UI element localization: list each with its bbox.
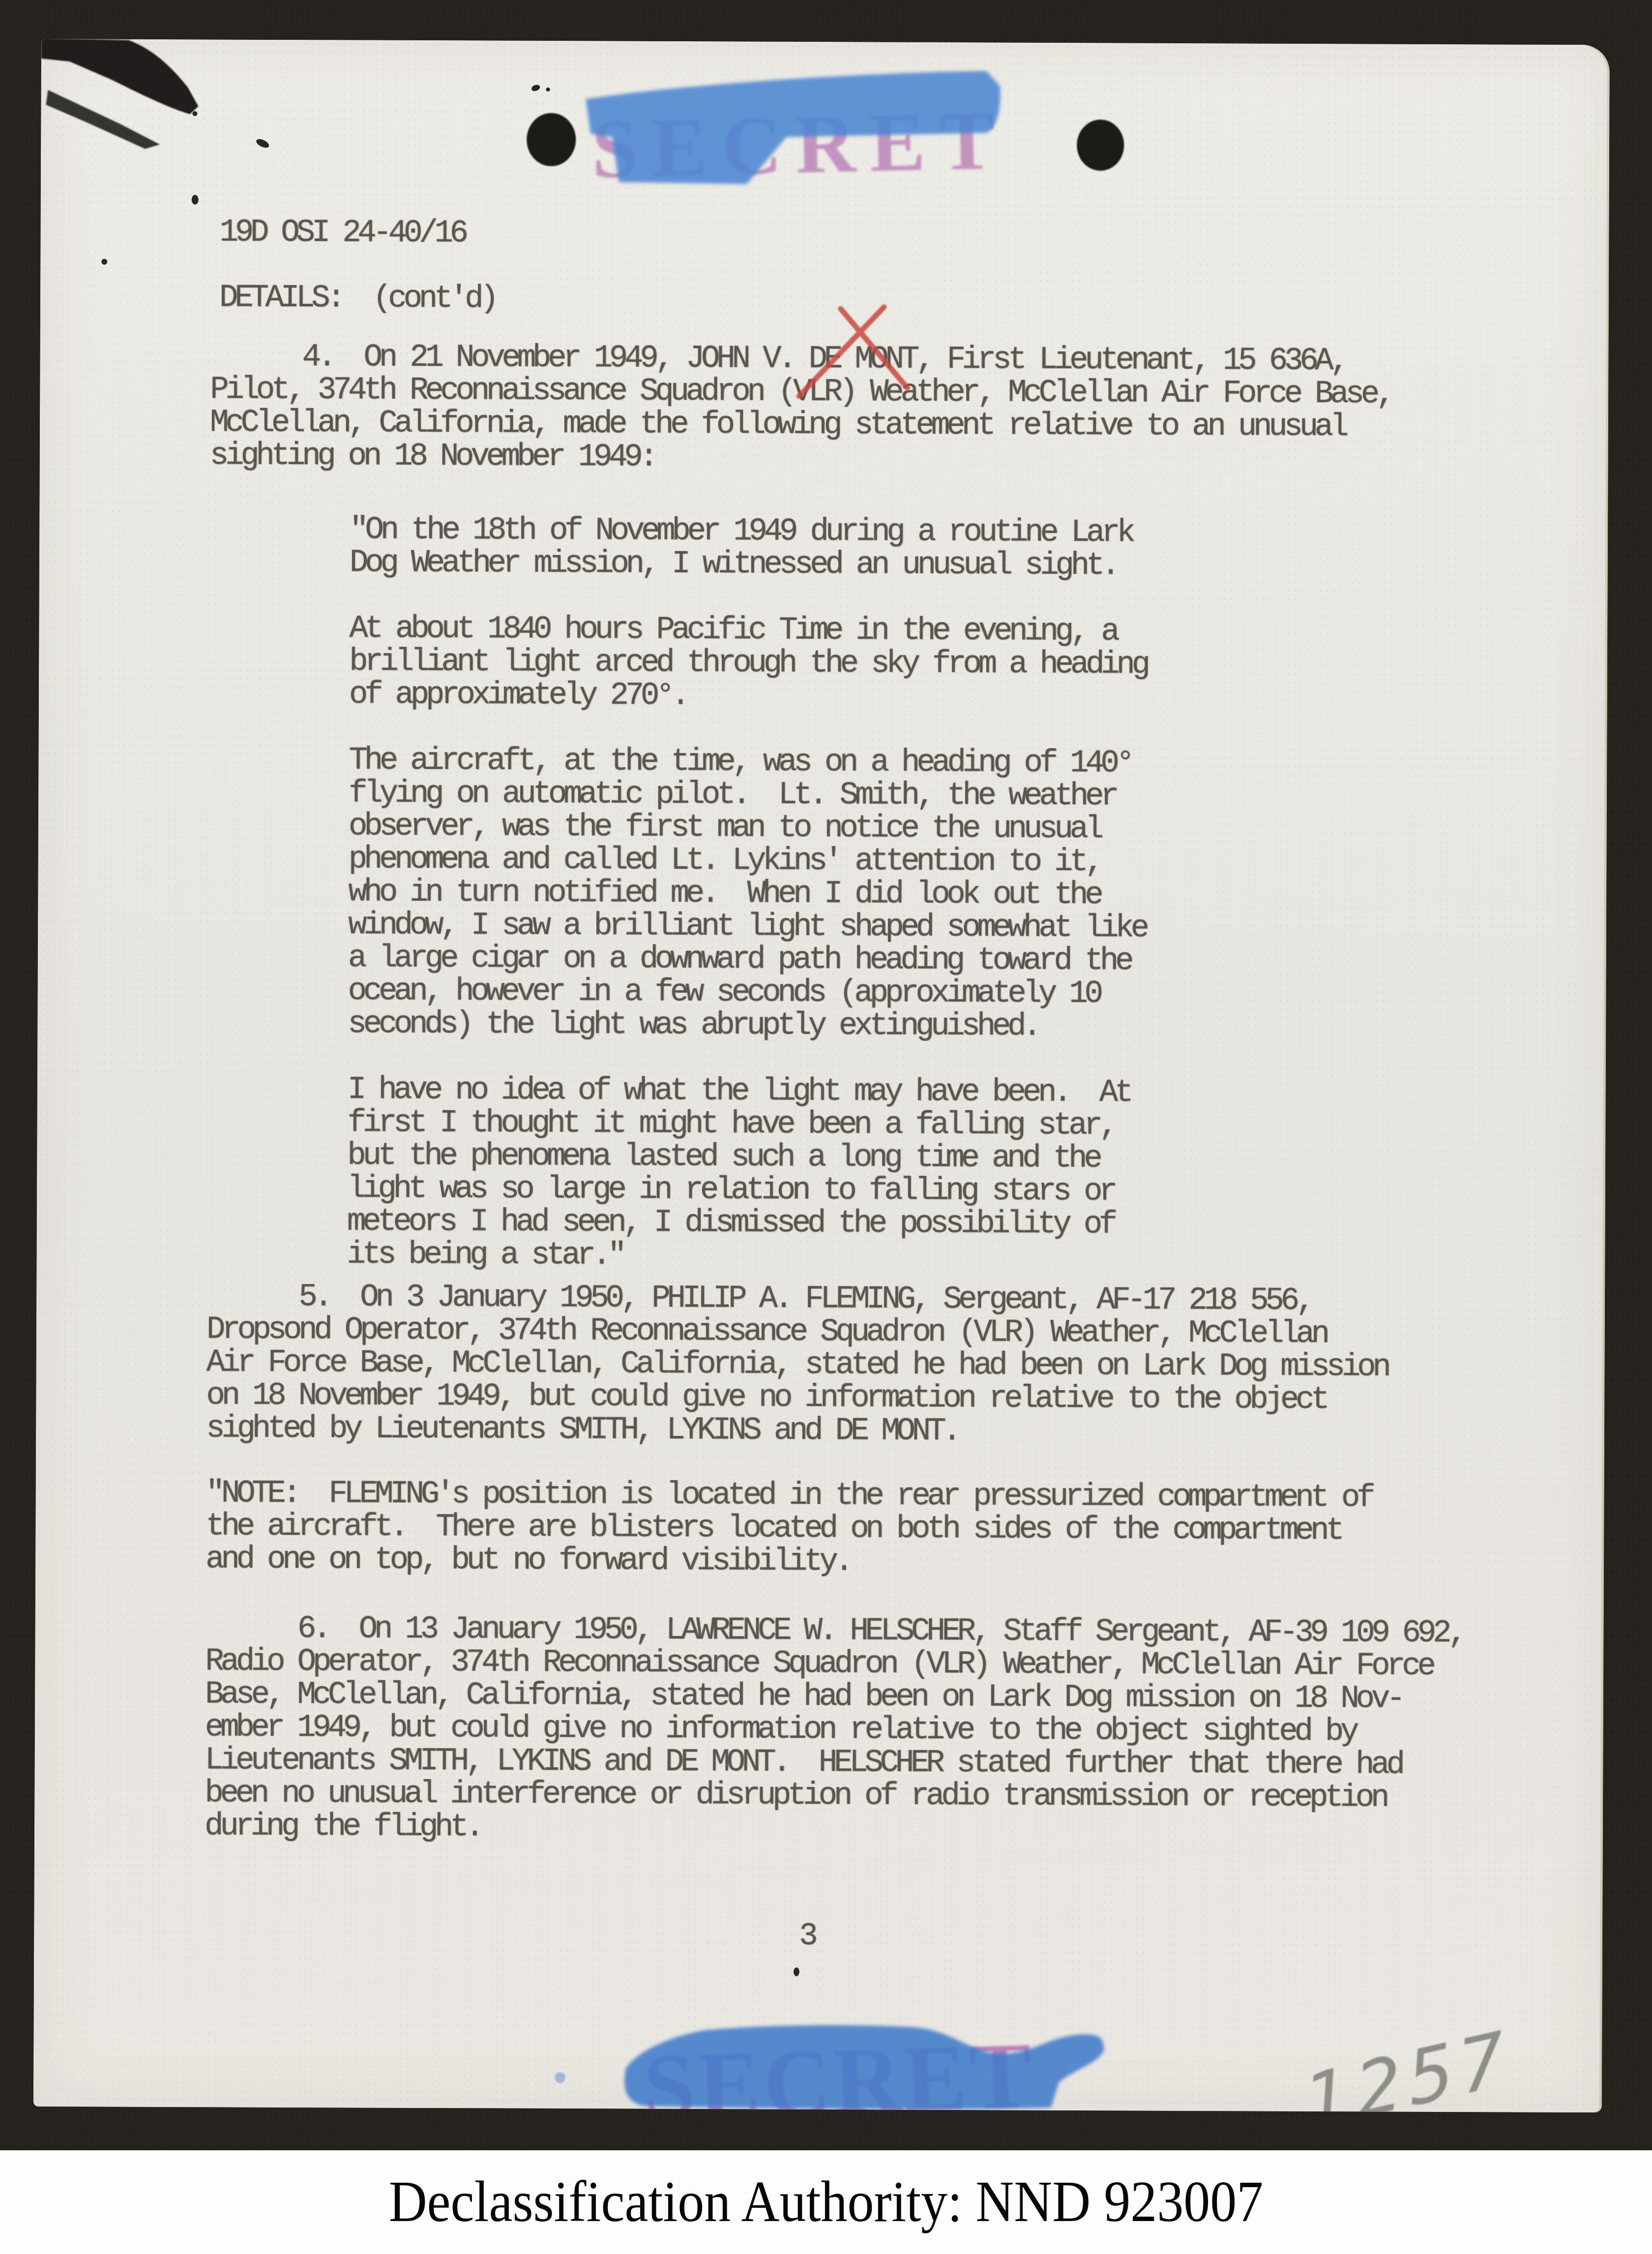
blue-marker-redaction-bottom	[624, 2024, 1105, 2110]
declassification-text: Declassification Authority: NND 923007	[389, 2168, 1264, 2235]
red-x-mark	[799, 307, 908, 397]
declassification-banner: Declassification Authority: NND 923007	[0, 2150, 1652, 2254]
corner-tape-streak	[46, 90, 160, 149]
blue-speck	[555, 2072, 565, 2083]
punch-hole-right	[1077, 119, 1124, 171]
scan-artifacts-overlay	[33, 39, 1610, 2112]
punch-hole-left	[527, 113, 576, 166]
paper-specks	[95, 82, 807, 1976]
scanned-document-page: SECRET SECRET 19D OSI 24-40/16 DETAILS: …	[0, 0, 1652, 2254]
document-paper: SECRET SECRET 19D OSI 24-40/16 DETAILS: …	[33, 39, 1610, 2112]
photo-background: SECRET SECRET 19D OSI 24-40/16 DETAILS: …	[0, 0, 1652, 2150]
blue-marker-redaction-top	[586, 69, 1001, 185]
